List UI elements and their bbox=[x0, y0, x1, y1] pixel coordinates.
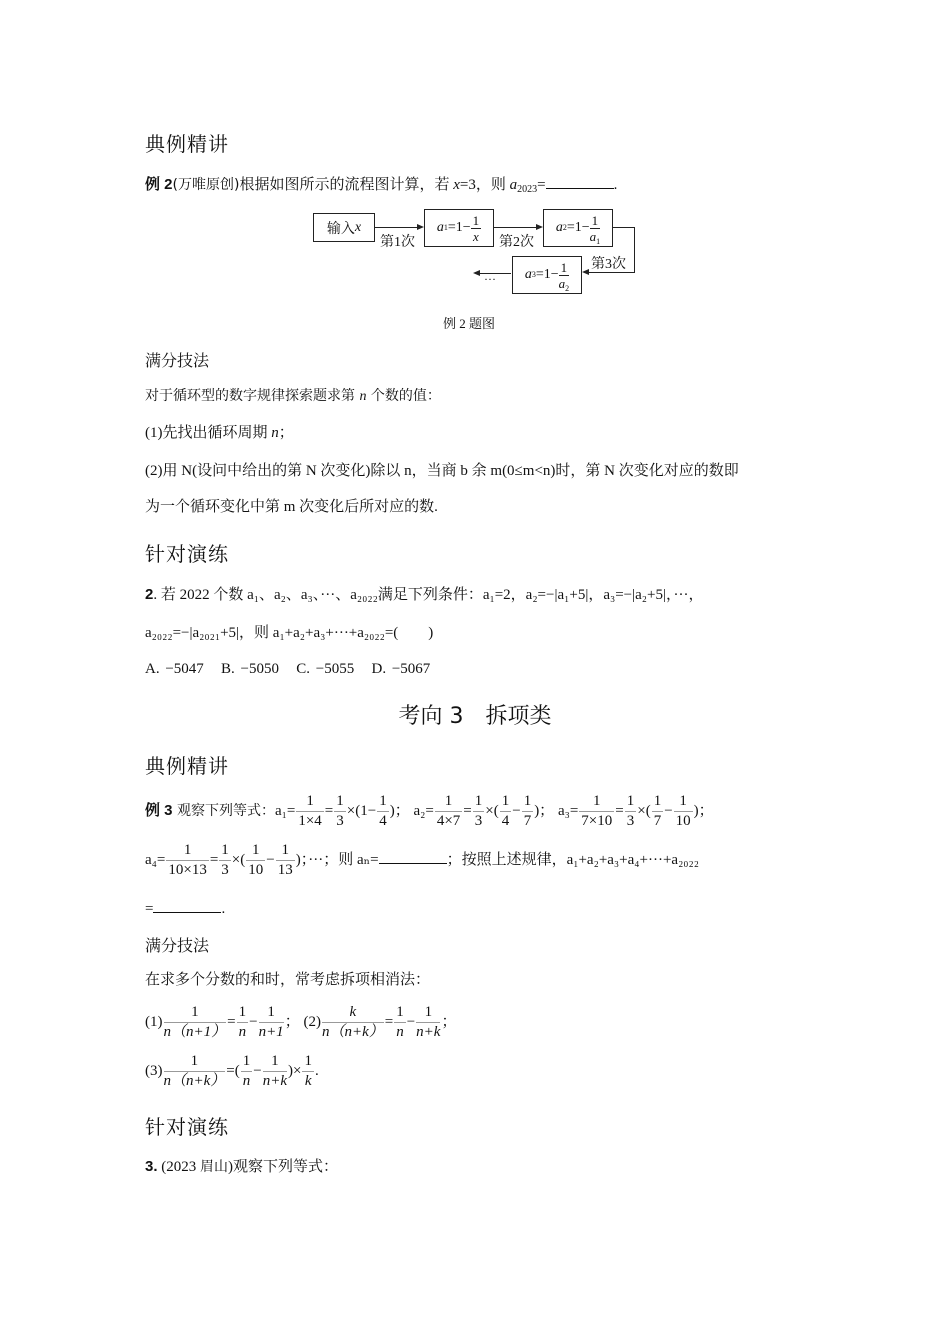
item1-var: n bbox=[271, 425, 279, 441]
f2-r2d: n+k bbox=[416, 1023, 440, 1040]
a1-num: 1 bbox=[471, 214, 482, 229]
eq3-frac: 17×10 bbox=[579, 794, 614, 829]
a3-mid: =1− bbox=[536, 267, 559, 283]
question-2-line1: 2. 若 2022 个数 a₁、a₂、a₃、···、a₂₀₂₂满足下列条件：a₁… bbox=[145, 585, 703, 605]
question-3-number: 3. bbox=[145, 1158, 158, 1175]
a3-den: a2 bbox=[559, 276, 570, 290]
question-2-options: A. −5047 B. −5050 C. −5055 D. −5067 bbox=[145, 659, 430, 679]
technique-intro: 对于循环型的数字规律探索题求第 n 个数的值： bbox=[145, 386, 441, 407]
f1-r1n: 1 bbox=[237, 1005, 249, 1023]
flowchart-input-box: 输入x bbox=[313, 213, 375, 242]
option-a[interactable]: A. −5047 bbox=[145, 661, 204, 677]
example-3-line3: =. bbox=[145, 898, 225, 919]
example-3-label: 例 3 bbox=[145, 802, 173, 819]
step-3-label: 第3次 bbox=[591, 253, 626, 273]
period: . bbox=[221, 901, 225, 917]
technique-heading: 满分技法 bbox=[145, 348, 209, 371]
arrow-head-icon bbox=[417, 224, 424, 230]
answer-blank-an[interactable] bbox=[379, 849, 447, 864]
item1-b: ； bbox=[279, 425, 294, 441]
option-c[interactable]: C. −5055 bbox=[296, 661, 354, 677]
eq1-f2: 4 bbox=[377, 812, 389, 829]
flowchart-box-a1: a1=1− 1x bbox=[424, 209, 494, 247]
question-3-place: 眉山 bbox=[200, 1159, 228, 1175]
direction-3-heading: 考向 3 拆项类 bbox=[0, 699, 950, 730]
f3-r1n: 1 bbox=[241, 1054, 253, 1072]
example-3-intro: 观察下列等式： bbox=[173, 803, 275, 819]
f3-den: n（n+k） bbox=[164, 1072, 226, 1089]
technique-item-2-line1: (2)用 N(设问中给出的第 N 次变化)除以 n，当商 b 余 m(0≤m<n… bbox=[145, 461, 739, 481]
arrow-head-icon bbox=[473, 270, 480, 276]
f2-r1d: n bbox=[394, 1023, 406, 1040]
f3-frac: 1n（n+k） bbox=[164, 1054, 226, 1089]
eq2-f1: 4 bbox=[500, 812, 512, 829]
eq1-den: 1×4 bbox=[296, 812, 323, 829]
answer-blank-sum[interactable] bbox=[153, 898, 221, 913]
eq2-den: 4×7 bbox=[435, 812, 462, 829]
question-2-line2: a₂₀₂₂=−|a₂₀₂₁+5|，则 a₁+a₂+a₃+···+a₂₀₂₂=( … bbox=[145, 623, 433, 643]
a2-den-sub: 1 bbox=[596, 237, 600, 246]
a2-num: 1 bbox=[590, 214, 601, 229]
a1-den: x bbox=[471, 229, 482, 243]
arrow-line-3a bbox=[613, 227, 635, 228]
a1-mid: =1− bbox=[448, 220, 471, 236]
eq-last: = bbox=[145, 901, 153, 917]
eq-rule: ；按照上述规律，a₁+a₂+a₃+a₄+···+a₂₀₂₂ bbox=[447, 852, 699, 868]
f2-r2n: 1 bbox=[416, 1005, 440, 1023]
technique-2-formula-3: (3)1n（n+k）=(1n−1n+k)×1k. bbox=[145, 1054, 319, 1089]
question-3-text: )观察下列等式： bbox=[228, 1159, 338, 1175]
intro-b: 个数的值： bbox=[366, 388, 440, 404]
eq3-lhs: a₃= bbox=[558, 803, 578, 819]
eq3-f2: 10 bbox=[674, 812, 693, 829]
eq3-den: 7×10 bbox=[579, 812, 614, 829]
f3-num: 1 bbox=[164, 1054, 226, 1072]
eq1-frac: 11×4 bbox=[296, 794, 323, 829]
eq1-open: (1− bbox=[355, 803, 376, 819]
f3-r3n: 1 bbox=[302, 1054, 314, 1072]
eq3-f1: 7 bbox=[652, 812, 664, 829]
option-b[interactable]: B. −5050 bbox=[221, 661, 279, 677]
eq4-f2: 13 bbox=[276, 861, 295, 878]
arrow-line-3b bbox=[634, 227, 635, 273]
f1-label: (1) bbox=[145, 1014, 163, 1030]
a3-den-sub: 2 bbox=[565, 284, 569, 293]
flowchart-box-a2: a2=1− 1a1 bbox=[543, 209, 613, 247]
flowchart-box-a3: a3=1− 1a2 bbox=[512, 256, 582, 294]
step-2-label: 第2次 bbox=[499, 231, 534, 251]
a3-var: a bbox=[525, 267, 532, 283]
flowchart-ellipsis: ··· bbox=[484, 272, 496, 287]
f3-r1d: n bbox=[241, 1072, 253, 1089]
f1-r2n: 1 bbox=[259, 1005, 284, 1023]
technique-2-intro: 在求多个分数的和时，常考虑拆项相消法： bbox=[145, 970, 430, 990]
technique-heading-2: 满分技法 bbox=[145, 933, 209, 956]
a2-fraction: 1a1 bbox=[590, 214, 601, 243]
f1-frac: 1n（n+1） bbox=[164, 1005, 227, 1040]
eq4-f1: 10 bbox=[246, 861, 265, 878]
technique-2-formula-1-2: (1)1n（n+1）=1n−1n+1； (2)kn（n+k）=1n−1n+k； bbox=[145, 1005, 456, 1040]
example-3-line2: a₄=110×13=13×(110−113)；···；则 aₙ=；按照上述规律，… bbox=[145, 843, 699, 878]
a2-den: a1 bbox=[590, 229, 601, 243]
eq1-lhs: a₁= bbox=[275, 803, 295, 819]
eq2-f2: 7 bbox=[522, 812, 534, 829]
f1-num: 1 bbox=[164, 1005, 227, 1023]
example-3-line1: 例 3 观察下列等式：a₁=11×4=13×(1−14)； a₂=14×7=13… bbox=[145, 794, 714, 829]
f3-r3d: k bbox=[302, 1072, 314, 1089]
option-d[interactable]: D. −5067 bbox=[371, 661, 430, 677]
input-var: x bbox=[355, 220, 361, 236]
a3-fraction: 1a2 bbox=[559, 261, 570, 290]
technique-item-1: (1)先找出循环周期 n； bbox=[145, 423, 294, 443]
f3-r2n: 1 bbox=[263, 1054, 287, 1072]
a1-fraction: 1x bbox=[471, 214, 482, 243]
f2-frac: kn（n+k） bbox=[322, 1005, 384, 1040]
f1-den: n（n+1） bbox=[164, 1023, 227, 1040]
flowchart: 输入x 第1次 a1=1− 1x 第2次 a2=1− 1a1 第3次 a3=1−… bbox=[0, 0, 950, 310]
arrow-line-1 bbox=[375, 227, 419, 228]
a1-var: a bbox=[437, 220, 444, 236]
a2-mid: =1− bbox=[567, 220, 590, 236]
f2-num: k bbox=[322, 1005, 384, 1023]
eq4-lhs: a₄= bbox=[145, 852, 165, 868]
eq2-lhs: a₂= bbox=[413, 803, 433, 819]
question-3-source: (2023 bbox=[158, 1159, 201, 1175]
eq4-den: 10×13 bbox=[166, 861, 208, 878]
eq-tail: ；···；则 aₙ= bbox=[301, 852, 379, 868]
eq2-frac: 14×7 bbox=[435, 794, 462, 829]
arrow-line-2 bbox=[494, 227, 538, 228]
technique-item-2-line2: 为一个循环变化中第 m 次变化后所对应的数. bbox=[145, 497, 438, 517]
f1-r2d: n+1 bbox=[259, 1023, 284, 1040]
input-label: 输入 bbox=[327, 218, 355, 238]
f2-r1n: 1 bbox=[394, 1005, 406, 1023]
arrow-head-icon bbox=[582, 269, 589, 275]
step-1-label: 第1次 bbox=[380, 231, 415, 251]
question-3: 3. (2023 眉山)观察下列等式： bbox=[145, 1157, 338, 1177]
arrow-head-icon bbox=[536, 224, 543, 230]
f1-r1d: n bbox=[237, 1023, 249, 1040]
intro-a: 对于循环型的数字规律探索题求第 bbox=[145, 388, 359, 404]
f2-den: n（n+k） bbox=[322, 1023, 384, 1040]
practice-heading-2: 针对演练 bbox=[145, 1111, 229, 1140]
a3-num: 1 bbox=[559, 261, 570, 276]
figure-caption: 例 2 题图 bbox=[443, 313, 495, 332]
a2-var: a bbox=[556, 220, 563, 236]
item1-a: (1)先找出循环周期 bbox=[145, 425, 271, 441]
f3-r2d: n+k bbox=[263, 1072, 287, 1089]
f3-label: (3) bbox=[145, 1063, 163, 1079]
question-2-text: . 若 2022 个数 a₁、a₂、a₃、···、a₂₀₂₂满足下列条件：a₁=… bbox=[153, 587, 703, 603]
practice-heading: 针对演练 bbox=[145, 538, 229, 567]
section-heading-examples-2: 典例精讲 bbox=[145, 750, 229, 779]
f2-label: (2) bbox=[303, 1014, 321, 1030]
eq4-frac: 110×13 bbox=[166, 843, 208, 878]
